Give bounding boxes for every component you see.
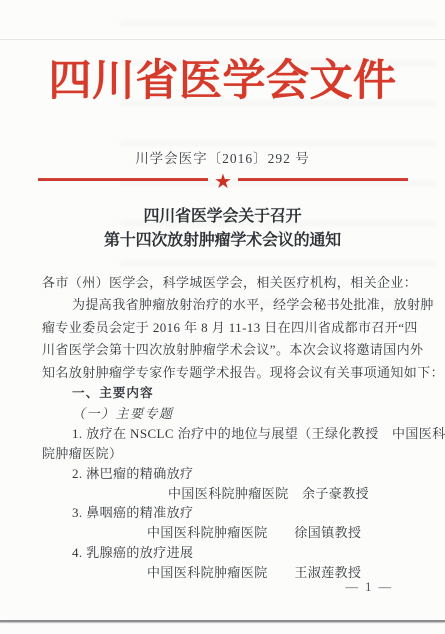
body-line: 为提高我省肿瘤放射治疗的水平，经学会秘书处批准，放射肿	[42, 294, 409, 316]
scan-artifact-line	[0, 39, 445, 40]
section-heading: 一、主要内容	[42, 384, 409, 404]
notice-body: 各市（州）医学会，科学城医学会，相关医疗机构，相关企业： 为提高我省肿瘤放射治疗…	[42, 272, 409, 583]
notice-title: 四川省医学会关于召开 第十四次放射肿瘤学术会议的通知	[0, 205, 445, 253]
scan-edge-line	[0, 620, 445, 622]
speaker-line: 中国医科院肿瘤医院 徐国镇教授	[42, 523, 409, 543]
subsection-heading: （一）主要专题	[42, 404, 409, 424]
addressee-line: 各市（州）医学会，科学城医学会，相关医疗机构，相关企业：	[42, 272, 409, 294]
letterhead-title: 四川省医学会文件	[0, 58, 445, 106]
page-number: — 1 —	[346, 580, 394, 594]
speaker-line: 中国医科院肿瘤医院 余子豪教授	[42, 484, 409, 504]
divider-line-right	[238, 178, 408, 181]
body-line: 知名放射肿瘤学专家作专题学术报告。现将会议有关事项通知如下：	[42, 362, 409, 384]
agenda-section: 一、主要内容 （一）主要专题 1. 放疗在 NSCLC 治疗中的地位与展望（王绿…	[42, 384, 409, 583]
divider-line-left	[38, 178, 208, 181]
notice-title-line1: 四川省医学会关于召开	[0, 205, 445, 229]
agenda-item: 3. 鼻咽癌的精准放疗	[42, 503, 409, 523]
scanned-document-page: 四川省医学会文件 川学会医字〔2016〕292 号 ★ 四川省医学会关于召开 第…	[0, 0, 445, 634]
agenda-item: 4. 乳腺癌的放疗进展	[42, 543, 409, 563]
agenda-item: 1. 放疗在 NSCLC 治疗中的地位与展望（王绿化教授 中国医科	[42, 424, 409, 444]
agenda-item-cont: 院肿瘤医院）	[42, 444, 409, 464]
agenda-item: 2. 淋巴瘤的精确放疗	[42, 464, 409, 484]
star-icon: ★	[214, 172, 232, 192]
body-line: 瘤专业委员会定于 2016 年 8 月 11-13 日在四川省成都市召开“四	[42, 317, 409, 339]
opening-paragraph: 各市（州）医学会，科学城医学会，相关医疗机构，相关企业： 为提高我省肿瘤放射治疗…	[42, 272, 409, 384]
letterhead-divider: ★	[38, 168, 408, 190]
notice-title-line2: 第十四次放射肿瘤学术会议的通知	[0, 229, 445, 253]
body-line: 川省医学会第十四次放射肿瘤学术会议”。本次会议将邀请国内外	[42, 339, 409, 361]
document-number: 川学会医字〔2016〕292 号	[0, 150, 445, 168]
